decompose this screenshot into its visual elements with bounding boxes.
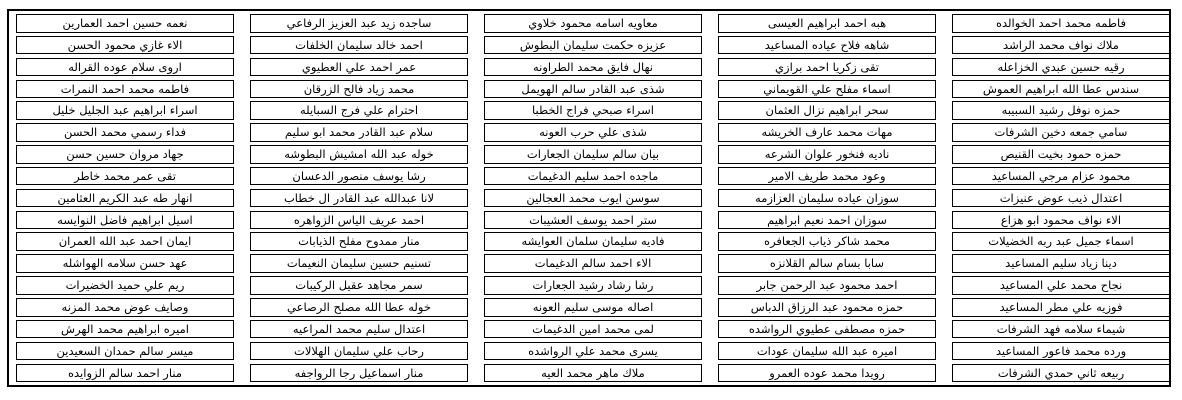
name-cell: اروى سلام عوده القراله — [16, 58, 234, 77]
name-cell: فداء رسمي محمد الحسن — [16, 123, 234, 142]
name-cell: تقى عمر محمد خاطر — [16, 167, 234, 186]
name-cell: ماجده احمد سليم الدغيمات — [484, 167, 702, 186]
name-cell: حمزه حمود بخيت القنيص — [952, 145, 1170, 164]
name-cell: ايمان احمد عبد الله العمران — [16, 232, 234, 251]
name-cell: معاويه اسامه محمود خلاوي — [484, 14, 702, 33]
name-cell: سحر ابراهيم نزال العثمان — [718, 101, 936, 120]
name-cell: سمر مجاهد عقيل الركيبات — [250, 276, 468, 295]
name-cell: مهات محمد عارف الخريشه — [718, 123, 936, 142]
name-cell: حمزه مصطفى عطيوي الرواشده — [718, 320, 936, 339]
name-cell: رشا يوسف منصور الدعسان — [250, 167, 468, 186]
name-cell: نجاح محمد علي المساعيد — [952, 276, 1170, 295]
name-cell: احمد عريف الياس الزواهره — [250, 211, 468, 230]
name-cell: رشا رشاد رشيد الجعارات — [484, 276, 702, 295]
name-cell: اسراء صبحي فراج الخطبا — [484, 101, 702, 120]
name-cell: عمر احمد علي العطيوي — [250, 58, 468, 77]
name-cell: عزيزه حكمت سليمان البطوش — [484, 36, 702, 55]
name-cell: سابا بسام سالم القلانزه — [718, 254, 936, 273]
name-cell: اعتدال سليم محمد المراعيه — [250, 320, 468, 339]
name-cell: اسيل ابراهيم فاضل النوايسه — [16, 211, 234, 230]
name-cell: محمد زياد فالح الزرقان — [250, 80, 468, 99]
name-cell: حمزه محمود عبد الرزاق الدباس — [718, 298, 936, 317]
name-cell: فوزيه علي مطر المساعيد — [952, 298, 1170, 317]
name-cell: ستر احمد يوسف العشيبات — [484, 211, 702, 230]
name-cell: اميره عبد الله سليمان عودات — [718, 342, 936, 361]
name-cell: سوسن ايوب محمد العجالين — [484, 189, 702, 208]
name-cell: لانا عبدالله عبد القادر ال خطاب — [250, 189, 468, 208]
name-cell: هبه احمد ابراهيم العيسى — [718, 14, 936, 33]
name-cell: ريم علي حميد الخضيرات — [16, 276, 234, 295]
name-cell: سندس عطا الله ابراهيم العموش — [952, 80, 1170, 99]
name-cell: ناديه فنخور علوان الشرعه — [718, 145, 936, 164]
name-cell: دينا زياد سليم المساعيد — [952, 254, 1170, 273]
name-cell: تسنيم حسين سليمان النعيمات — [250, 254, 468, 273]
name-cell: ملاك ماهر محمد العيه — [484, 364, 702, 383]
name-cell: ساجده زيد عبد العزيز الرفاعي — [250, 14, 468, 33]
name-cell: احترام علي فرج السبايله — [250, 101, 468, 120]
name-cell: اسماء جميل عبد ربه الخضيلات — [952, 232, 1170, 251]
name-cell: شاهه فلاح عياده المساعيد — [718, 36, 936, 55]
name-cell: منار اسماعيل رجا الرواجفه — [250, 364, 468, 383]
name-cell: محمد شاكر ذياب الجعافره — [718, 232, 936, 251]
name-cell: فاطمه محمد احمد النمرات — [16, 80, 234, 99]
names-grid: فاطمه محمد احمد الخوالدهملاك نواف محمد ا… — [16, 14, 1170, 382]
name-cell: فاطمه محمد احمد الخوالده — [952, 14, 1170, 33]
names-column-5: نعمه حسين احمد العمارينالاء غازي محمود ا… — [16, 14, 234, 382]
name-cell: رحاب علي سليمان الهلالات — [250, 342, 468, 361]
name-cell: شذى عبد القادر سالم الهويمل — [484, 80, 702, 99]
name-cell: احمد خالد سليمان الخلفات — [250, 36, 468, 55]
name-cell: ربيعه ثاني حمدي الشرفات — [952, 364, 1170, 383]
name-cell: فاديه سليمان سلمان العوايشه — [484, 232, 702, 251]
name-cell: وصايف عوض محمد المزنه — [16, 298, 234, 317]
name-cell: احمد محمود عبد الرحمن جابر — [718, 276, 936, 295]
name-cell: منار احمد سالم الزوايده — [16, 364, 234, 383]
names-column-2: هبه احمد ابراهيم العيسىشاهه فلاح عياده ا… — [718, 14, 936, 382]
names-column-1: فاطمه محمد احمد الخوالدهملاك نواف محمد ا… — [952, 14, 1170, 382]
name-cell: سلام عبد القادر محمد ابو سليم — [250, 123, 468, 142]
name-cell: خوله عبد الله امشيش البطوشه — [250, 145, 468, 164]
name-cell: بيان سالم سليمان الجعارات — [484, 145, 702, 164]
name-cell: اسماء مفلح علي القويماني — [718, 80, 936, 99]
name-cell: وعود محمد طريف الامير — [718, 167, 936, 186]
name-cell: الاء غازي محمود الحسن — [16, 36, 234, 55]
names-column-3: معاويه اسامه محمود خلاويعزيزه حكمت سليما… — [484, 14, 702, 382]
name-cell: حمزه نوفل رشيد السبيبه — [952, 101, 1170, 120]
name-cell: شيماء سلامه فهد الشرفات — [952, 320, 1170, 339]
name-cell: انهار طه عبد الكريم العثامين — [16, 189, 234, 208]
name-cell: الاء نواف محمود ابو هزاع — [952, 211, 1170, 230]
name-cell: رقيه حسين عبدي الخزاعله — [952, 58, 1170, 77]
name-cell: ورده محمد فاعور المساعيد — [952, 342, 1170, 361]
name-cell: محمود عزام مرجي المساعيد — [952, 167, 1170, 186]
name-cell: تقى زكريا احمد برازي — [718, 58, 936, 77]
name-cell: ميسر سالم حمدان السعيدين — [16, 342, 234, 361]
name-cell: جهاد مروان حسين حسن — [16, 145, 234, 164]
name-cell: اعتدال ذيب عوض عنيزات — [952, 189, 1170, 208]
name-cell: خوله عطا الله مصلح الرصاعي — [250, 298, 468, 317]
name-cell: لمى محمد امين الدغيمات — [484, 320, 702, 339]
name-cell: رويدا محمد عوده العمرو — [718, 364, 936, 383]
name-cell: يسرى محمد علي الرواشده — [484, 342, 702, 361]
name-cell: شذى علي حرب العونه — [484, 123, 702, 142]
name-cell: اسراء ابراهيم عبد الجليل خليل — [16, 101, 234, 120]
name-cell: نهال فايق محمد الطراونه — [484, 58, 702, 77]
name-cell: سوزان عياده سليمان العزازمه — [718, 189, 936, 208]
name-cell: اميره ابراهيم محمد الهرش — [16, 320, 234, 339]
name-cell: ملاك نواف محمد الراشد — [952, 36, 1170, 55]
name-cell: منار ممدوح مفلح الذيابات — [250, 232, 468, 251]
name-cell: اصاله موسى سليم العونه — [484, 298, 702, 317]
name-cell: سوزان احمد نعيم ابراهيم — [718, 211, 936, 230]
name-cell: سامي جمعه دخين الشرفات — [952, 123, 1170, 142]
names-column-4: ساجده زيد عبد العزيز الرفاعياحمد خالد سل… — [250, 14, 468, 382]
name-cell: الاء احمد سالم الدغيمات — [484, 254, 702, 273]
name-cell: نعمه حسين احمد العمارين — [16, 14, 234, 33]
name-cell: عهد حسن سلامه الهواشله — [16, 254, 234, 273]
